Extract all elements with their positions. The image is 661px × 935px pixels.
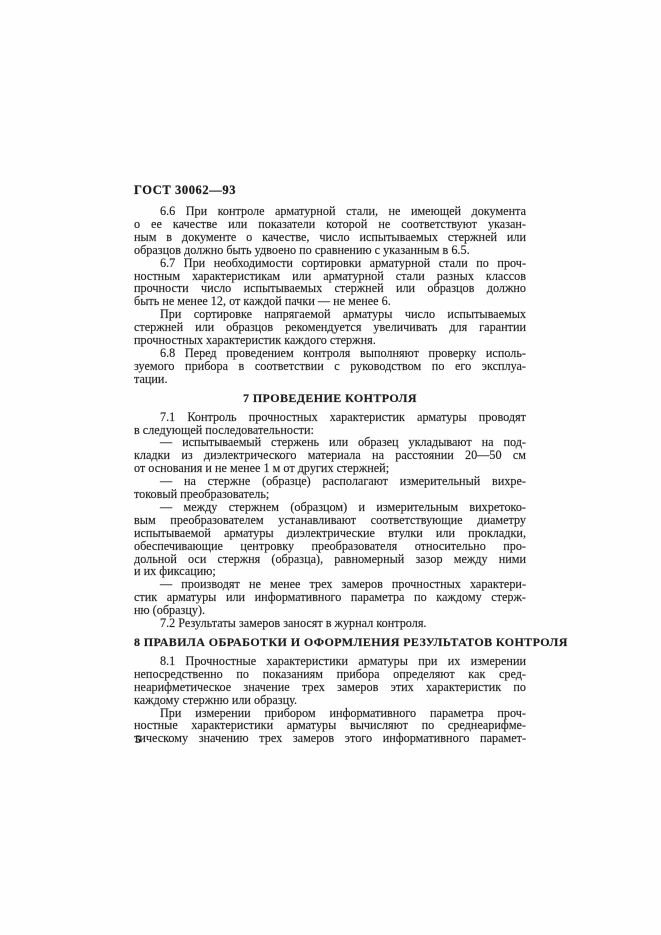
paragraph: 8.1 Прочностные характеристики арматуры … <box>134 655 526 707</box>
paragraph: 6.8 Перед проведением контроля выполняют… <box>134 347 526 386</box>
text-line: о ее качестве или показатели которой не … <box>134 218 526 231</box>
text-line: 8.1 Прочностные характеристики арматуры … <box>134 655 526 668</box>
text-line: 6.7 При необходимости сортировки арматур… <box>134 257 526 270</box>
text-line: 6.6 При контроле арматурной стали, не им… <box>134 205 526 218</box>
paragraph: — испытываемый стержень или образец укла… <box>134 436 526 475</box>
text-line: 7.2 Результаты замеров заносят в журнал … <box>134 617 526 630</box>
paragraph: — на стержне (образце) располагают измер… <box>134 475 526 501</box>
text-line: ным в документе о качестве, число испыты… <box>134 231 526 244</box>
text-line: 6.8 Перед проведением контроля выполняют… <box>134 347 526 360</box>
text-line: токовый преобразователь; <box>134 488 526 501</box>
paragraph: При измерении прибором информативного па… <box>134 707 526 746</box>
text-line: испытываемой арматуры диэлектрические вт… <box>134 527 526 540</box>
text-line: обеспечивающие центровку преобразователя… <box>134 540 526 553</box>
text-line: вым преобразователем устанавливают соотв… <box>134 514 526 527</box>
paragraph: При сортировке напрягаемой арматуры числ… <box>134 308 526 347</box>
text-line: образцов должно быть удвоено по сравнени… <box>134 244 526 257</box>
text-line: непосредственно по показаниям прибора оп… <box>134 668 526 681</box>
paragraph: 6.7 При необходимости сортировки арматур… <box>134 257 526 309</box>
page-number: 5 <box>135 732 141 747</box>
text-line: зуемого прибора в соответствии с руковод… <box>134 360 526 373</box>
running-header: ГОСТ 30062—93 <box>134 183 236 198</box>
document-body: 6.6 При контроле арматурной стали, не им… <box>134 205 526 745</box>
paragraph: — производят не менее трех замеров прочн… <box>134 578 526 617</box>
section-heading: 8 ПРАВИЛА ОБРАБОТКИ И ОФОРМЛЕНИЯ РЕЗУЛЬТ… <box>134 636 526 649</box>
paragraph: 7.1 Контроль прочностных характеристик а… <box>134 411 526 437</box>
paragraph: 7.2 Результаты замеров заносят в журнал … <box>134 617 526 630</box>
text-line: 7.1 Контроль прочностных характеристик а… <box>134 411 526 424</box>
text-line: тации. <box>134 373 526 386</box>
section-heading: 7 ПРОВЕДЕНИЕ КОНТРОЛЯ <box>134 392 526 405</box>
text-line: — между стержнем (образцом) и измеритель… <box>134 501 526 514</box>
text-line: каждому стержню или образцу. <box>134 694 526 707</box>
paragraph: — между стержнем (образцом) и измеритель… <box>134 501 526 578</box>
document-page: ГОСТ 30062—93 6.6 При контроле арматурно… <box>0 0 661 935</box>
text-line: тическому значению трех замеров этого ин… <box>134 732 526 745</box>
text-line: неарифметическое значение трех замеров э… <box>134 681 526 694</box>
paragraph: 6.6 При контроле арматурной стали, не им… <box>134 205 526 257</box>
